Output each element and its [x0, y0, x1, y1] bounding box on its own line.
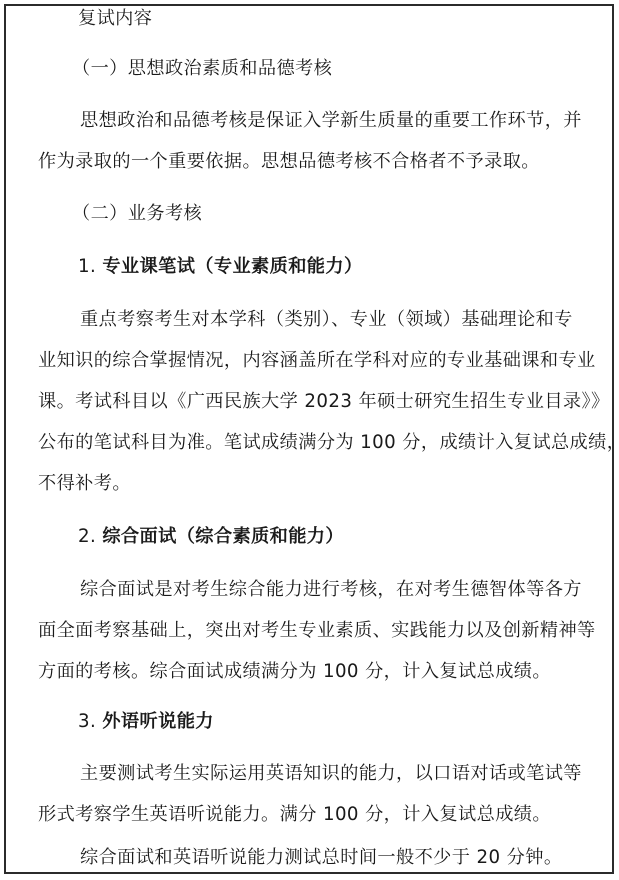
section-heading-1-text: （一）思想政治素质和品德考核: [72, 58, 332, 79]
paragraph-line: 综合面试是对考生综合能力进行考核，在对考生德智体等各方: [38, 569, 592, 610]
item-heading-3: 3. 外语听说能力: [78, 701, 578, 742]
paragraph-language-skills: 主要测试考生实际运用英语知识的能力，以口语对话或笔试等 形式考察学生英语听说能力…: [38, 753, 592, 835]
item-number: 2.: [78, 526, 96, 547]
paragraph-line: 综合面试和英语听说能力测试总时间一般不少于 20 分钟。: [38, 837, 592, 878]
paragraph-line: 思想政治和品德考核是保证入学新生质量的重要工作环节，并: [38, 100, 592, 141]
paragraph-interview: 综合面试是对考生综合能力进行考核，在对考生德智体等各方 面全面考察基础上，突出对…: [38, 569, 592, 692]
item-title: 专业课笔试（专业素质和能力）: [102, 256, 362, 277]
section-heading-2: （二）业务考核: [72, 193, 572, 234]
paragraph-line: 业知识的综合掌握情况，内容涵盖所在学科对应的专业基础课和专业: [38, 340, 592, 381]
paragraph-line: 作为录取的一个重要依据。思想品德考核不合格者不予录取。: [38, 141, 592, 182]
item-heading-1: 1. 专业课笔试（专业素质和能力）: [78, 246, 578, 287]
paragraph-political-assessment: 思想政治和品德考核是保证入学新生质量的重要工作环节，并 作为录取的一个重要依据。…: [38, 100, 592, 182]
paragraph-line: 公布的笔试科目为准。笔试成绩满分为 100 分，成绩计入复试总成绩，: [38, 422, 592, 463]
paragraph-line: 不得补考。: [38, 463, 592, 504]
item-number: 1.: [78, 256, 96, 277]
section-heading-2-text: （二）业务考核: [72, 203, 202, 224]
document-title: 复试内容: [78, 0, 578, 39]
paragraph-written-exam: 重点考察考生对本学科（类别）、专业（领域）基础理论和专 业知识的综合掌握情况，内…: [38, 299, 592, 504]
paragraph-line: 课。考试科目以《广西民族大学 2023 年硕士研究生招生专业目录》》: [38, 381, 592, 422]
paragraph-line: 面全面考察基础上，突出对考生专业素质、实践能力以及创新精神等: [38, 610, 592, 651]
item-title: 外语听说能力: [102, 711, 214, 732]
item-heading-2: 2. 综合面试（综合素质和能力）: [78, 516, 578, 557]
item-number: 3.: [78, 711, 96, 732]
section-heading-1: （一）思想政治素质和品德考核: [72, 48, 572, 89]
paragraph-closing: 综合面试和英语听说能力测试总时间一般不少于 20 分钟。: [38, 837, 592, 878]
paragraph-line: 方面的考核。综合面试成绩满分为 100 分，计入复试总成绩。: [38, 651, 592, 692]
item-title: 综合面试（综合素质和能力）: [102, 526, 344, 547]
title-text: 复试内容: [78, 8, 152, 29]
paragraph-line: 重点考察考生对本学科（类别）、专业（领域）基础理论和专: [38, 299, 592, 340]
paragraph-line: 形式考察学生英语听说能力。满分 100 分，计入复试总成绩。: [38, 794, 592, 835]
paragraph-line: 主要测试考生实际运用英语知识的能力，以口语对话或笔试等: [38, 753, 592, 794]
